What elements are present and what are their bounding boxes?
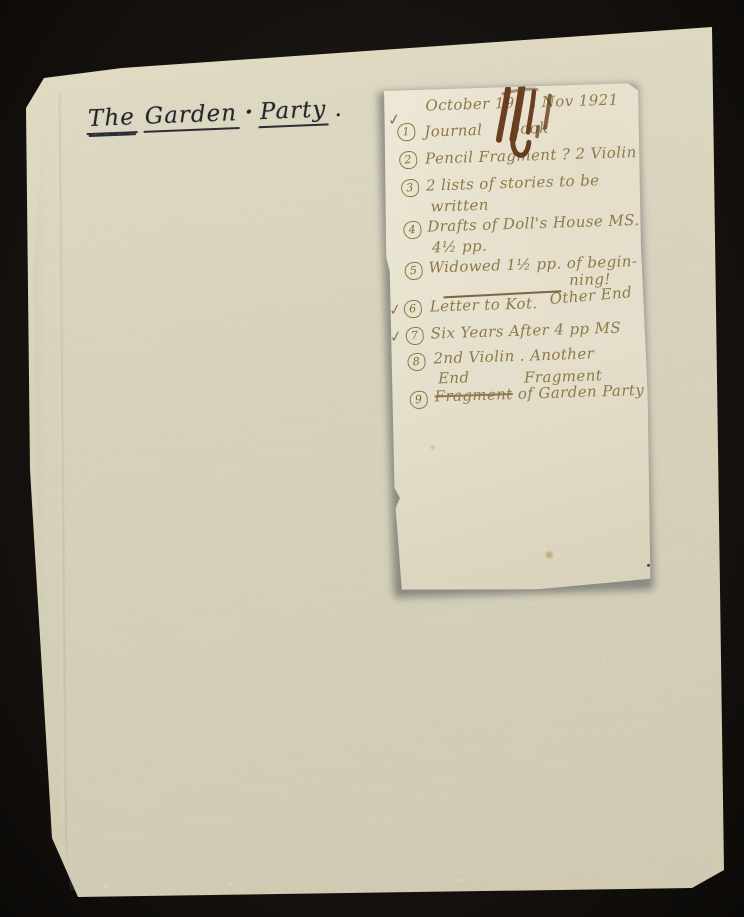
item-number-circle: 8 [407,352,427,372]
ink-blot [491,82,567,174]
pasted-contents-label: October 19 . Nov 1921 ✓ 1 Journal book 2… [381,83,654,594]
label-item-7: Six Years After 4 pp MS [430,319,621,343]
label-item-6: Letter to Kot. [430,294,538,315]
label-item-4-line2: 4½ pp. [432,237,488,257]
title-separator-dot: · [244,98,254,125]
item-number-circle: 3 [400,178,420,198]
item-number-circle: 4 [403,220,423,240]
worn-edge-speck [228,882,233,885]
worn-edge-speck [458,879,464,882]
label-item-3-line2: written [430,196,489,216]
label-item-6-after: Other End [549,283,633,308]
item-number-circle: 7 [405,326,425,346]
item-number-circle: 2 [398,150,418,170]
title-period: . [334,96,343,122]
label-item-1: Journal [424,121,483,141]
label-item-8-line2-left: End [438,368,470,387]
title-word-party: Party [257,96,328,128]
age-spot [429,444,436,450]
photo-background: TheGarden·Party. October 19 . Nov 1921 ✓… [0,0,744,917]
age-spot [544,550,555,560]
item-number-circle: 6 [403,299,423,319]
struck-word: Fragment [434,385,513,405]
item-number-circle: 9 [409,390,429,410]
title-word-the: The [86,104,138,135]
item-number-circle: 5 [404,261,424,281]
worn-edge-speck [103,884,109,888]
label-item-4: Drafts of Doll's House MS. [427,211,640,236]
item-number-circle: 1 [396,122,416,142]
label-item-8: 2nd Violin . Another [433,344,594,367]
title-word-garden: Garden [142,100,239,133]
age-spot [647,564,650,567]
label-item-3: 2 lists of stories to be [426,171,600,194]
